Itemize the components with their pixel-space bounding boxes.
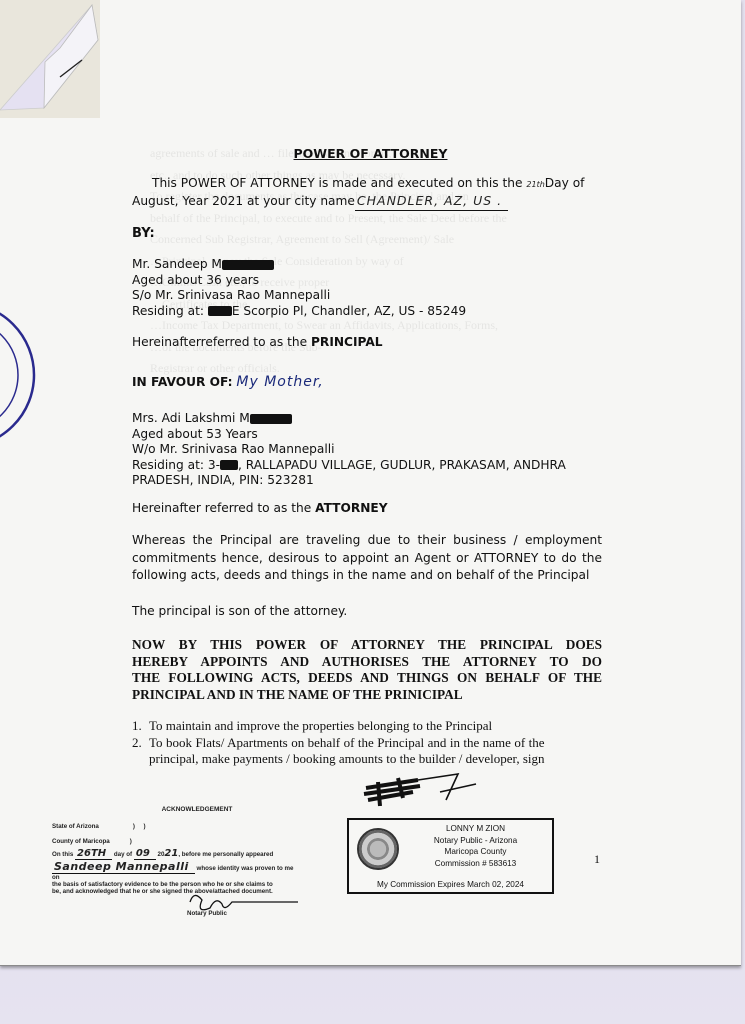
- redaction-mark: [222, 260, 274, 270]
- intro-line-2: August, Year 2021 at your city nameCHAND…: [132, 193, 602, 211]
- handwritten-day: 26TH: [77, 848, 106, 859]
- attorney-address: , RALLAPADU VILLAGE, GUDLUR, PRAKASAM, A…: [238, 458, 566, 472]
- handwritten-signer: Sandeep Mannepalli: [54, 860, 189, 873]
- attorney-name: Mrs. Adi Lakshmi M: [132, 411, 250, 425]
- folded-corner: [0, 0, 100, 118]
- acts-list: 1. To maintain and improve the propertie…: [132, 718, 602, 768]
- principal-name: Mr. Sandeep M: [132, 257, 222, 271]
- redaction-mark: [250, 414, 292, 424]
- handwritten-day: 21th: [526, 180, 544, 189]
- list-item: 2. To book Flats/ Apartments on behalf o…: [132, 735, 602, 768]
- by-label: BY:: [132, 226, 602, 242]
- page-number: 1: [594, 852, 600, 867]
- in-favour-line: IN FAVOUR OF: My Mother,: [132, 375, 602, 391]
- acknowledgement-header: ACKNOWLEDGEMENT: [92, 806, 302, 813]
- whereas-paragraph: Whereas the Principal are traveling due …: [132, 532, 602, 585]
- handwritten-in-favour: My Mother,: [236, 374, 323, 390]
- principal-relation: S/o Mr. Srinivasa Rao Mannepalli: [132, 288, 602, 304]
- attorney-age: Aged about 53 Years: [132, 427, 602, 443]
- handwritten-city: CHANDLER, AZ, US .: [357, 193, 502, 208]
- official-stamp: ✱ ●: [0, 300, 40, 450]
- appointment-clause: NOW BY THIS POWER OF ATTORNEY THE PRINCI…: [132, 637, 602, 703]
- arizona-seal-icon: [357, 828, 399, 870]
- principal-signature: [358, 770, 478, 810]
- principal-block: Mr. Sandeep M Aged about 36 years S/o Mr…: [132, 257, 602, 319]
- principal-address: E Scorpio Pl, Chandler, AZ, US - 85249: [232, 304, 466, 318]
- list-item: 1. To maintain and improve the propertie…: [132, 718, 602, 735]
- document-page: ✱ ● agreements of sale and … file applic…: [0, 0, 741, 966]
- intro-line-1: This POWER OF ATTORNEY is made and execu…: [152, 176, 602, 193]
- handwritten-month: 09: [136, 848, 150, 859]
- principal-age: Aged about 36 years: [132, 273, 602, 289]
- document-title: POWER OF ATTORNEY: [0, 146, 741, 161]
- principal-referred: Hereinafterreferred to as the PRINCIPAL: [132, 335, 602, 351]
- redaction-mark: [208, 306, 232, 316]
- attorney-referred: Hereinafter referred to as the ATTORNEY: [132, 501, 602, 517]
- attorney-relation: W/o Mr. Srinivasa Rao Mannepalli: [132, 442, 602, 458]
- relation-statement: The principal is son of the attorney.: [132, 604, 602, 620]
- redaction-mark: [220, 460, 238, 470]
- notary-stamp: LONNY M ZION Notary Public - Arizona Mar…: [347, 818, 554, 894]
- notary-label: Notary Public: [187, 910, 227, 917]
- attorney-block: Mrs. Adi Lakshmi M Aged about 53 Years W…: [132, 411, 602, 489]
- acknowledgement-block: ACKNOWLEDGEMENT State of Arizona) ) Coun…: [52, 806, 302, 895]
